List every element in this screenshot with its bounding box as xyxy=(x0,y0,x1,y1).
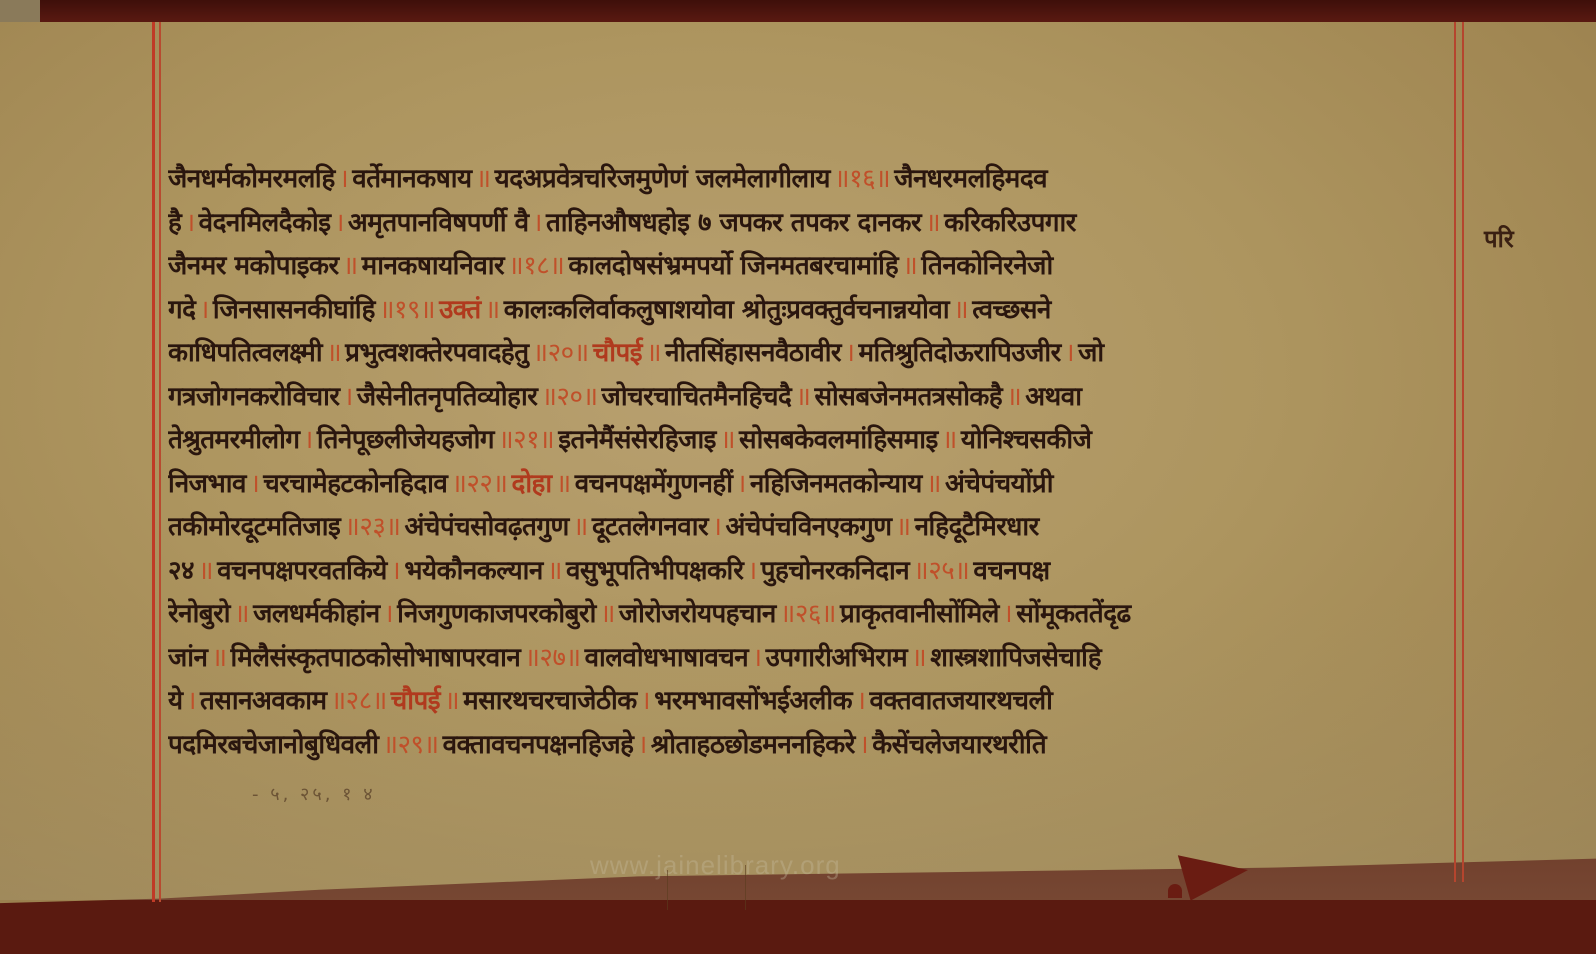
rubric-heading: चौपई xyxy=(593,338,642,368)
verse-text: ये xyxy=(168,686,183,716)
verse-danda: ॥ xyxy=(926,469,941,499)
verse-danda: ॥ xyxy=(942,425,957,455)
manuscript-line: जैनमर मकोपाइकर॥मानकषायनिवार॥१८॥कालदोषसंभ… xyxy=(168,245,1456,289)
verse-text: तसानअवकाम xyxy=(200,686,327,716)
verse-danda: ॥१८॥ xyxy=(508,251,564,281)
verse-text: शास्त्रशापिजसेचाहि xyxy=(930,643,1101,673)
verse-danda: ॥ xyxy=(896,512,911,542)
verse-text: वक्तावचनपक्षनहिजहे xyxy=(443,730,634,760)
verse-text: नहिजिनमतकोन्याय xyxy=(750,469,922,499)
verse-text: निजभाव xyxy=(168,469,246,499)
verse-danda: ॥ xyxy=(476,164,491,194)
verse-danda: ॥ xyxy=(211,643,226,673)
verse-text: उपगारीअभिराम xyxy=(766,643,908,673)
verse-danda: । xyxy=(185,208,194,238)
verse-text: योनिश्चसकीजे xyxy=(961,425,1092,455)
verse-text: भयेकौनकल्यान xyxy=(404,556,543,586)
verse-danda: ॥ xyxy=(444,686,459,716)
verse-danda: । xyxy=(335,208,344,238)
verse-text: पुहचोनरकनिदान xyxy=(761,556,909,586)
verse-danda: । xyxy=(859,730,868,760)
verse-text: वचनपक्षमेंगुणनहीं xyxy=(575,469,733,499)
verse-danda: ॥२०॥ xyxy=(541,382,597,412)
verse-danda: । xyxy=(1003,599,1012,629)
watermark: www.jainelibrary.org xyxy=(590,850,841,881)
backdrop-corner xyxy=(0,0,40,24)
manuscript-line: गदे।जिनसासनकीघांहि॥१९॥उक्तं॥कालःकलिर्वाक… xyxy=(168,289,1456,333)
manuscript-line: रेनोबुरो॥जलधर्मकीहांन।निजगुणकाजपरकोबुरो॥… xyxy=(168,593,1456,637)
rubric-heading: दोहा xyxy=(512,469,552,499)
verse-danda: ॥२३॥ xyxy=(344,512,400,542)
manuscript-text-block: जैनधर्मकोमरमलहि।वर्तेमानकषाय॥यदअप्रवेत्र… xyxy=(168,158,1456,767)
verse-danda: । xyxy=(384,599,393,629)
verse-text: जलधर्मकीहांन xyxy=(253,599,380,629)
verse-text: निजगुणकाजपरकोबुरो xyxy=(397,599,596,629)
verse-text: प्राकृतवानीसोंमिले xyxy=(840,599,999,629)
verse-text: नीतसिंहासनवैठावीर xyxy=(665,338,841,368)
verse-danda: । xyxy=(199,295,208,325)
verse-text: कालदोषसंभ्रमपर्यो जिनमतबरचामांहि xyxy=(568,251,898,281)
verse-danda: ॥ xyxy=(556,469,571,499)
verse-danda: ॥२८॥ xyxy=(331,686,387,716)
manuscript-line: है।वेदनमिलदैकोइ।अमृतपानविषपर्णी वै।ताहिन… xyxy=(168,202,1456,246)
verse-danda: । xyxy=(637,730,646,760)
manuscript-line: २४॥वचनपक्षपरवतकिये।भयेकौनकल्यान॥वसुभूपति… xyxy=(168,550,1456,594)
manuscript-line: निजभाव।चरचामेहटकोनहिदाव॥२२॥दोहा॥वचनपक्षम… xyxy=(168,463,1456,507)
verse-text: जोचरचाचितमैनहिचदै xyxy=(602,382,792,412)
verse-text: वेदनमिलदैकोइ xyxy=(199,208,331,238)
manuscript-line: तेश्रुतमरमीलोग।तिनेपूछलीजेयहजोग॥२१॥इतनेम… xyxy=(168,419,1456,463)
verse-text: जो xyxy=(1078,338,1104,368)
verse-text: तिनकोनिरनेजो xyxy=(921,251,1052,281)
verse-danda: ॥२१॥ xyxy=(498,425,554,455)
verse-danda: ॥२०॥ xyxy=(533,338,589,368)
verse-text: अथवा xyxy=(1025,382,1081,412)
verse-danda: ॥ xyxy=(343,251,358,281)
manuscript-line: तकीमोरदूटमतिजाइ॥२३॥अंचेपंचसोवढ़तगुण॥दूटत… xyxy=(168,506,1456,550)
verse-text: पदमिरबचेजानोबुधिवली xyxy=(168,730,378,760)
verse-danda: ॥२६॥ xyxy=(780,599,836,629)
verse-text: तकीमोरदूटमतिजाइ xyxy=(168,512,340,542)
verse-text: जिनसासनकीघांहि xyxy=(213,295,375,325)
left-margin-rule xyxy=(152,22,155,902)
paper-tear-notch xyxy=(1168,884,1182,898)
verse-danda: । xyxy=(187,686,196,716)
verse-text: मसारथचरचाजेठीक xyxy=(463,686,637,716)
verse-text: मिलैसंस्कृतपाठकोसोभाषापरवान xyxy=(231,643,521,673)
verse-text: वर्तेमानकषाय xyxy=(352,164,471,194)
verse-danda: । xyxy=(712,512,721,542)
verse-text: मानकषायनिवार xyxy=(362,251,505,281)
verse-text: गत्रजोगनकरोविचार xyxy=(168,382,340,412)
verse-text: कैसेंचलेजयारथरीति xyxy=(872,730,1046,760)
verse-text: सोंमूकततेंदृढ xyxy=(1016,599,1130,629)
verse-danda: ॥२७॥ xyxy=(524,643,580,673)
verse-text: वचनपक्षपरवतकिये xyxy=(217,556,387,586)
verse-text: यदअप्रवेत्रचरिजमुणेणं जलमेलागीलाय xyxy=(495,164,830,194)
verse-text: जैनधरमलहिमदव xyxy=(894,164,1047,194)
verse-danda: ॥ xyxy=(720,425,735,455)
verse-text: अंचेपंचसोवढ़तगुण xyxy=(404,512,568,542)
verse-text: करिकरिउपगार xyxy=(944,208,1076,238)
manuscript-line: पदमिरबचेजानोबुधिवली॥२९॥वक्तावचनपक्षनहिजह… xyxy=(168,724,1456,768)
verse-text: भरमभावसोंभईअलीक xyxy=(654,686,852,716)
verse-text: अंचेपंचयोंप्री xyxy=(945,469,1053,499)
verse-text: कालःकलिर्वाकलुषाशयोवा श्रोतुःप्रवक्तुर्व… xyxy=(504,295,949,325)
verse-danda: । xyxy=(391,556,400,586)
verse-danda: ॥१६॥ xyxy=(834,164,890,194)
verse-danda: ॥ xyxy=(911,643,926,673)
verse-danda: ॥ xyxy=(573,512,588,542)
verse-danda: ॥ xyxy=(646,338,661,368)
right-margin-rule-outer xyxy=(1462,22,1464,882)
verse-danda: ॥२९॥ xyxy=(382,730,438,760)
verse-text: जैनमर मकोपाइकर xyxy=(168,251,339,281)
backdrop-top xyxy=(0,0,1596,24)
faint-bottom-marks: - ५, २५, १ ४ xyxy=(252,782,376,806)
verse-danda: । xyxy=(533,208,542,238)
verse-text: वालवोधभाषावचन xyxy=(585,643,749,673)
verse-text: तेश्रुतमरमीलोग xyxy=(168,425,300,455)
verse-danda: ॥ xyxy=(795,382,810,412)
verse-text: जैसेनीतनृपतिव्योहार xyxy=(357,382,537,412)
verse-text: रेनोबुरो xyxy=(168,599,230,629)
verse-text: जांन xyxy=(168,643,207,673)
verse-text: जोरोजरोयपहचान xyxy=(619,599,776,629)
verse-text: इतनेमैंसंसेरहिजाइ xyxy=(558,425,716,455)
verse-text: काधिपतित्वलक्ष्मी xyxy=(168,338,322,368)
verse-text: ताहिनऔषधहोइ ७ जपकर तपकर दानकर xyxy=(546,208,921,238)
verse-text: वक्तवातजयारथचली xyxy=(869,686,1052,716)
verse-text: सोसबजेनमतत्रसोकहै xyxy=(814,382,1002,412)
verse-text: दूटतलेगनवार xyxy=(592,512,708,542)
verse-text: वसुभूपतिभीपक्षकरि xyxy=(566,556,743,586)
verse-danda: । xyxy=(339,164,348,194)
paper-crack xyxy=(745,865,746,910)
verse-danda: ॥२५॥ xyxy=(913,556,969,586)
verse-text: गदे xyxy=(168,295,195,325)
manuscript-line: जांन॥मिलैसंस्कृतपाठकोसोभाषापरवान॥२७॥वालव… xyxy=(168,637,1456,681)
verse-danda: ॥ xyxy=(1006,382,1021,412)
verse-danda: । xyxy=(344,382,353,412)
verse-danda: ॥ xyxy=(953,295,968,325)
verse-danda: ॥ xyxy=(925,208,940,238)
verse-danda: । xyxy=(250,469,259,499)
manuscript-line: ये।तसानअवकाम॥२८॥चौपई॥मसारथचरचाजेठीक।भरमभ… xyxy=(168,680,1456,724)
manuscript-line: जैनधर्मकोमरमलहि।वर्तेमानकषाय॥यदअप्रवेत्र… xyxy=(168,158,1456,202)
verse-text: जैनधर्मकोमरमलहि xyxy=(168,164,335,194)
verse-text: तिनेपूछलीजेयहजोग xyxy=(317,425,494,455)
verse-danda: । xyxy=(304,425,313,455)
rubric-heading: उक्तं xyxy=(439,295,481,325)
verse-text: २४ xyxy=(168,556,194,586)
verse-danda: । xyxy=(845,338,854,368)
verse-text: मतिश्रुतिदोऊरापिउजीर xyxy=(858,338,1060,368)
verse-danda: ॥ xyxy=(547,556,562,586)
verse-danda: । xyxy=(856,686,865,716)
verse-text: नहिदूटैमिरधार xyxy=(915,512,1039,542)
paper-crack xyxy=(667,870,668,910)
manuscript-line: गत्रजोगनकरोविचार।जैसेनीतनृपतिव्योहार॥२०॥… xyxy=(168,376,1456,420)
verse-danda: ॥ xyxy=(902,251,917,281)
verse-danda: ॥ xyxy=(485,295,500,325)
verse-danda: ॥ xyxy=(234,599,249,629)
verse-text: अंचेपंचविनएकगुण xyxy=(725,512,891,542)
verse-text: अमृतपानविषपर्णी वै xyxy=(348,208,529,238)
verse-text: सोसबकेवलमांहिसमाइ xyxy=(739,425,938,455)
verse-danda: ॥ xyxy=(198,556,213,586)
verse-text: त्वच्छसने xyxy=(972,295,1051,325)
verse-danda: ॥१९॥ xyxy=(379,295,435,325)
left-margin-rule-inner xyxy=(159,22,161,902)
verse-danda: । xyxy=(747,556,756,586)
verse-danda: ॥ xyxy=(326,338,341,368)
verse-danda: । xyxy=(641,686,650,716)
verse-text: वचनपक्ष xyxy=(973,556,1049,586)
verse-text: चरचामेहटकोनहिदाव xyxy=(263,469,447,499)
verse-text: प्रभुत्वशक्तेरपवादहेतु xyxy=(345,338,528,368)
verse-danda: । xyxy=(752,643,761,673)
margin-note: परि xyxy=(1484,222,1514,255)
verse-text: है xyxy=(168,208,181,238)
verse-danda: ॥२२॥ xyxy=(451,469,507,499)
verse-danda: ॥ xyxy=(600,599,615,629)
verse-danda: । xyxy=(1065,338,1074,368)
manuscript-line: काधिपतित्वलक्ष्मी॥प्रभुत्वशक्तेरपवादहेतु… xyxy=(168,332,1456,376)
rubric-heading: चौपई xyxy=(391,686,440,716)
verse-text: श्रोताहठछोडमननहिकरे xyxy=(651,730,855,760)
verse-danda: । xyxy=(736,469,745,499)
